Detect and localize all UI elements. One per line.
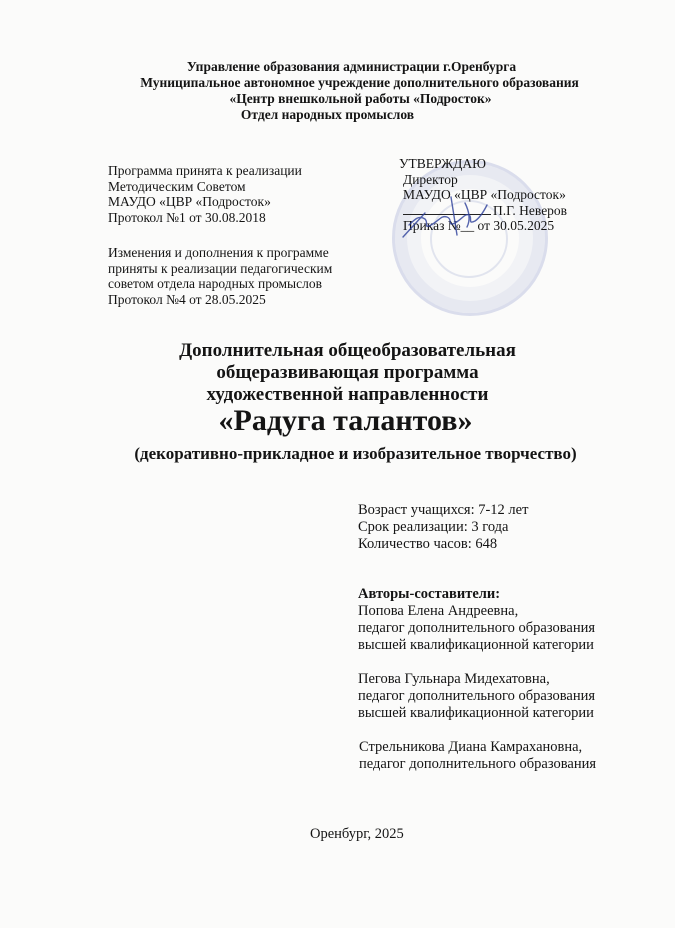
program-subtitle: (декоративно-прикладное и изобразительно… [18,443,675,465]
authors-block: Авторы-составители: Попова Елена Андреев… [358,586,596,773]
acceptance-line: Протокол №1 от 30.08.2018 [108,210,302,226]
header-division: Отдел народных промыслов [0,107,675,123]
author-name: Стрельникова Диана Камрахановна, [358,739,596,756]
acceptance-line: Программа принята к реализации [108,163,302,179]
info-term: Срок реализации: 3 года [358,519,528,536]
author-category: высшей квалификационной категории [358,637,596,654]
changes-line: Изменения и дополнения к программе [108,245,332,261]
header-department: Управление образования администрации г.О… [28,59,675,75]
program-name: «Радуга талантов» [8,404,675,438]
changes-line: Протокол №4 от 28.05.2025 [108,292,332,308]
header-center-name: «Центр внешкольной работы «Подросток» [46,91,675,107]
author-role: педагог дополнительного образования [358,688,596,705]
program-type-heading: Дополнительная общеобразовательная общер… [10,340,675,406]
changes-line: приняты к реализации педагогическим [108,261,332,277]
signature-icon [395,175,505,245]
city-year: Оренбург, 2025 [310,826,404,843]
info-age: Возраст учащихся: 7-12 лет [358,502,528,519]
authors-heading: Авторы-составители: [358,586,596,603]
author-category: высшей квалификационной категории [358,705,596,722]
author-role: педагог дополнительного образования [358,620,596,637]
author-name: Пегова Гульнара Мидехатовна, [358,671,596,688]
author-role: педагог дополнительного образования [358,756,596,773]
acceptance-block: Программа принята к реализации Методичес… [108,163,302,225]
program-type-line: Дополнительная общеобразовательная [10,340,675,362]
program-type-line: художественной направленности [10,384,675,406]
acceptance-line: Методическим Советом [108,179,302,195]
program-type-line: общеразвивающая программа [10,362,675,384]
info-hours: Количество часов: 648 [358,536,528,553]
changes-block: Изменения и дополнения к программе приня… [108,245,332,307]
approval-heading: УТВЕРЖДАЮ [399,156,567,172]
author-name: Попова Елена Андреевна, [358,603,596,620]
institution-header: Управление образования администрации г.О… [0,59,675,123]
acceptance-line: МАУДО «ЦВР «Подросток» [108,194,302,210]
program-info: Возраст учащихся: 7-12 лет Срок реализац… [358,502,528,553]
changes-line: советом отдела народных промыслов [108,276,332,292]
header-institution: Муниципальное автономное учреждение допо… [44,75,675,91]
